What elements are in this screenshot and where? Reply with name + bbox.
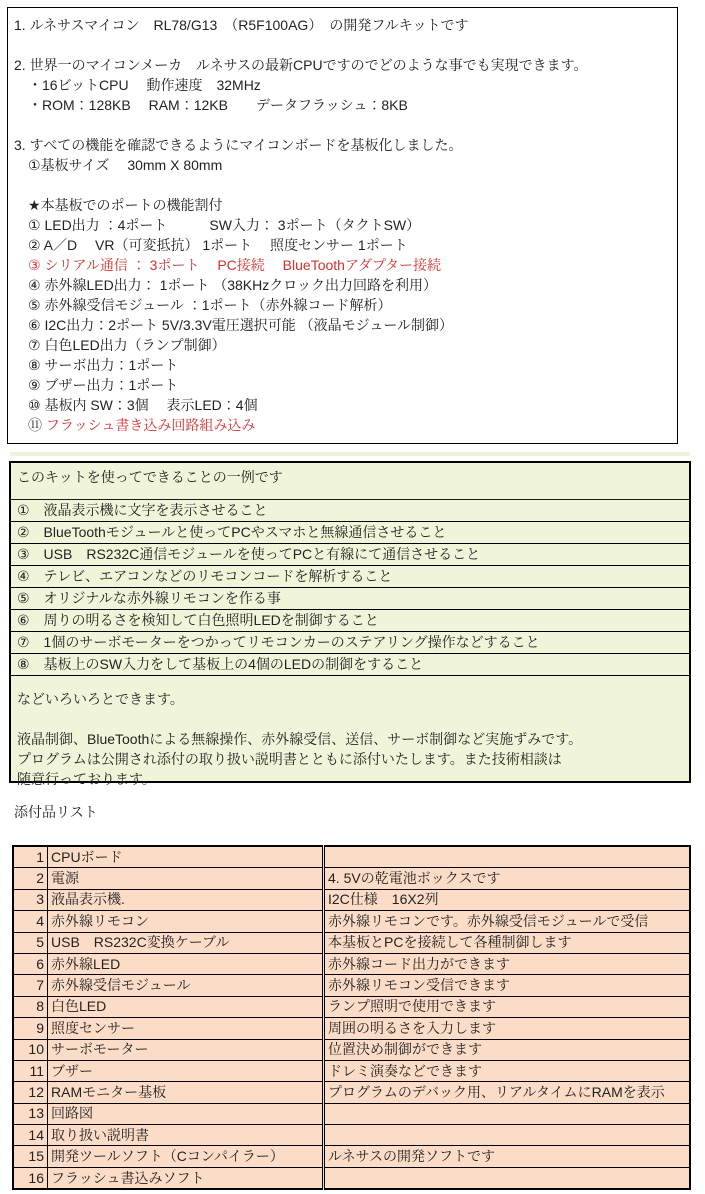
attachment-row: 9照度センサー周囲の明るさを入力します [13, 1018, 690, 1039]
overview-line-text: 1. ルネサスマイコン RL78/G13 （R5F100AG） の開発フルキット… [14, 17, 468, 33]
item-name: 照度センサー [48, 1018, 324, 1039]
overview-line: ④ 赤外線LED出力： 1ポート （38KHzクロック出力回路を利用） [14, 275, 671, 295]
overview-line-text: ・16ビットCPU 動作速度 32MHz [14, 77, 261, 93]
item-description: ドレミ演奏などできます [324, 1060, 691, 1081]
item-name: 回路図 [48, 1103, 324, 1124]
attachment-row: 15開発ツールソフト（Cコンパイラー）ルネサスの開発ソフトです [13, 1146, 690, 1167]
overview-line-text: ⑧ サーボ出力：1ポート [14, 357, 178, 373]
item-number: 5 [13, 932, 48, 953]
overview-line: ・ROM：128KB RAM：12KB データフラッシュ：8KB [14, 95, 671, 115]
overview-line: ⑤ 赤外線受信モジュール ：1ポート（赤外線コード解析） [14, 295, 671, 315]
attachment-row: 10サーボモーター位置決め制御ができます [13, 1039, 690, 1060]
item-number: 6 [13, 953, 48, 974]
overview-line-text: ⑥ I2C出力：2ポート 5V/3.3V電圧選択可能 （液晶モジュール制御） [14, 317, 453, 333]
overview-line-text: ⑩ 基板内 SW：3個 表示LED：4個 [14, 397, 258, 413]
item-number: 10 [13, 1039, 48, 1060]
footer-line: などいろいろとできます。 [17, 689, 683, 709]
item-number: 14 [13, 1125, 48, 1146]
item-number: 2 [13, 868, 48, 889]
item-description: 本基板とPCを接続して各種制御します [324, 932, 691, 953]
item-description [324, 1167, 691, 1189]
item-name: 開発ツールソフト（Cコンパイラー） [48, 1146, 324, 1167]
overview-line-text: ④ 赤外線LED出力： 1ポート （38KHzクロック出力回路を利用） [14, 277, 437, 293]
example-item: ① 液晶表示機に文字を表示させること [11, 500, 689, 522]
attachment-row: 4赤外線リモコン赤外線リモコンです。赤外線受信モジュールで受信 [13, 911, 690, 932]
attachment-row: 5USB RS232C変換ケーブル本基板とPCを接続して各種制御します [13, 932, 690, 953]
item-name: RAMモニター基板 [48, 1082, 324, 1103]
overview-line: ★本基板でのポートの機能割付 [14, 195, 671, 215]
item-name: 液晶表示機. [48, 889, 324, 910]
item-description: 位置決め制御ができます [324, 1039, 691, 1060]
item-name: 赤外線LED [48, 953, 324, 974]
item-name: 取り扱い説明書 [48, 1125, 324, 1146]
example-item: ③ USB RS232C通信モジュールを使ってPCと有線にて通信させること [11, 544, 689, 566]
item-description: I2C仕様 16X2列 [324, 889, 691, 910]
overview-line: ⑥ I2C出力：2ポート 5V/3.3V電圧選択可能 （液晶モジュール制御） [14, 315, 671, 335]
item-name: 赤外線リモコン [48, 911, 324, 932]
attachment-row: 1CPUボード [13, 846, 690, 868]
attachments-table-body: 1CPUボード2電源4. 5Vの乾電池ボックスです3液晶表示機.I2C仕様 16… [13, 846, 690, 1189]
usage-examples-list: ① 液晶表示機に文字を表示させること② BlueToothモジュールと使ってPC… [11, 500, 689, 676]
item-number: 8 [13, 996, 48, 1017]
example-item: ⑥ 周りの明るさを検知して白色照明LEDを制御すること [11, 610, 689, 632]
overview-line-text: ⑪ [14, 417, 46, 433]
overview-line-text: 2. 世界一のマイコンメーカ ルネサスの最新CPUですのでどのような事でも実現で… [14, 57, 587, 73]
usage-examples-title: このキットを使ってできることの一例です [11, 463, 689, 500]
item-description: 赤外線リモコン受信できます [324, 975, 691, 996]
overview-line [14, 35, 671, 55]
item-number: 16 [13, 1167, 48, 1189]
item-number: 11 [13, 1060, 48, 1081]
footer-line: 随意行っております。 [17, 769, 683, 789]
attachment-row: 7赤外線受信モジュール赤外線リモコン受信できます [13, 975, 690, 996]
example-item: ④ テレビ、エアコンなどのリモコンコードを解析すること [11, 566, 689, 588]
attachment-row: 8白色LEDランプ照明で使用できます [13, 996, 690, 1017]
attachment-row: 6赤外線LED赤外線コード出力ができます [13, 953, 690, 974]
usage-examples-footer: などいろいろとできます。 液晶制御、BlueToothによる無線操作、赤外線受信… [11, 676, 689, 789]
item-name: 白色LED [48, 996, 324, 1017]
item-description [324, 846, 691, 868]
attachment-row: 11ブザードレミ演奏などできます [13, 1060, 690, 1081]
attachment-row: 14取り扱い説明書 [13, 1125, 690, 1146]
overview-line: ⑪ フラッシュ書き込み回路組み込み [14, 415, 671, 435]
overview-line: 3. すべての機能を確認できるようにマイコンボードを基板化しました。 [14, 135, 671, 155]
overview-line-text: ★本基板でのポートの機能割付 [14, 197, 223, 213]
overview-line: ① LED出力 ：4ポート SW入力： 3ポート（タクトSW） [14, 215, 671, 235]
example-item: ⑧ 基板上のSW入力をして基板上の4個のLEDの制御をすること [11, 654, 689, 676]
item-name: USB RS232C変換ケーブル [48, 932, 324, 953]
overview-line: ③ シリアル通信 ： 3ポート PC接続 BlueToothアダプター接続 [14, 255, 671, 275]
item-description: 赤外線コード出力ができます [324, 953, 691, 974]
attachment-row: 3液晶表示機.I2C仕様 16X2列 [13, 889, 690, 910]
overview-line-text: 3. すべての機能を確認できるようにマイコンボードを基板化しました。 [14, 137, 462, 153]
footer-line: プログラムは公開され添付の取り扱い説明書とともに添付いたします。また技術相談は [17, 749, 683, 769]
item-description: ランプ照明で使用できます [324, 996, 691, 1017]
item-name: ブザー [48, 1060, 324, 1081]
item-name: フラッシュ書込みソフト [48, 1167, 324, 1189]
example-item: ② BlueToothモジュールと使ってPCやスマホと無線通信させること [11, 522, 689, 544]
overview-line: ⑨ ブザー出力：1ポート [14, 375, 671, 395]
usage-examples-box: このキットを使ってできることの一例です ① 液晶表示機に文字を表示させること② … [9, 461, 691, 783]
attachments-table: 1CPUボード2電源4. 5Vの乾電池ボックスです3液晶表示機.I2C仕様 16… [12, 845, 691, 1190]
overview-line: ⑦ 白色LED出力（ランプ制御） [14, 335, 671, 355]
overview-line [14, 115, 671, 135]
item-name: サーボモーター [48, 1039, 324, 1060]
item-description: 周囲の明るさを入力します [324, 1018, 691, 1039]
item-number: 9 [13, 1018, 48, 1039]
overview-line [14, 175, 671, 195]
item-number: 1 [13, 846, 48, 868]
overview-line: ⑧ サーボ出力：1ポート [14, 355, 671, 375]
item-number: 4 [13, 911, 48, 932]
overview-line: ①基板サイズ 30mm X 80mm [14, 155, 671, 175]
attachment-row: 12RAMモニター基板プログラムのデバック用、リアルタイムにRAMを表示 [13, 1082, 690, 1103]
item-name: CPUボード [48, 846, 324, 868]
item-name: 赤外線受信モジュール [48, 975, 324, 996]
attachments-list-title: 添付品リスト [14, 803, 98, 821]
example-item: ⑤ オリジナルな赤外線リモコンを作る事 [11, 588, 689, 610]
footer-line [17, 709, 683, 729]
footer-line: 液晶制御、BlueToothによる無線操作、赤外線受信、送信、サーボ制御など実施… [17, 729, 683, 749]
overview-line-text: ⑤ 赤外線受信モジュール ：1ポート（赤外線コード解析） [14, 297, 392, 313]
item-name: 電源 [48, 868, 324, 889]
overview-line-text: ② A／D VR（可変抵抗） 1ポート 照度センサー 1ポート [14, 237, 408, 253]
overview-line-text: フラッシュ書き込み回路組み込み [46, 417, 255, 433]
divider-strip [10, 452, 690, 456]
attachment-row: 2電源4. 5Vの乾電池ボックスです [13, 868, 690, 889]
item-description [324, 1125, 691, 1146]
item-description: プログラムのデバック用、リアルタイムにRAMを表示 [324, 1082, 691, 1103]
overview-line-text: ③ シリアル通信 ： 3ポート PC接続 BlueToothアダプター接続 [14, 257, 441, 273]
product-description-page: { "colors": { "red_text": "#d33030", "ex… [0, 0, 705, 1194]
kit-overview-box: 1. ルネサスマイコン RL78/G13 （R5F100AG） の開発フルキット… [7, 7, 678, 444]
item-number: 12 [13, 1082, 48, 1103]
item-number: 15 [13, 1146, 48, 1167]
overview-line-text: ・ROM：128KB RAM：12KB データフラッシュ：8KB [14, 97, 408, 113]
overview-line-text: ⑦ 白色LED出力（ランプ制御） [14, 337, 226, 353]
item-number: 7 [13, 975, 48, 996]
attachment-row: 13回路図 [13, 1103, 690, 1124]
overview-line: ・16ビットCPU 動作速度 32MHz [14, 75, 671, 95]
overview-line: 1. ルネサスマイコン RL78/G13 （R5F100AG） の開発フルキット… [14, 15, 671, 35]
item-number: 13 [13, 1103, 48, 1124]
item-number: 3 [13, 889, 48, 910]
overview-line: ② A／D VR（可変抵抗） 1ポート 照度センサー 1ポート [14, 235, 671, 255]
overview-line-text: ① LED出力 ：4ポート SW入力： 3ポート（タクトSW） [14, 217, 420, 233]
overview-line: ⑩ 基板内 SW：3個 表示LED：4個 [14, 395, 671, 415]
example-item: ⑦ 1個のサーボモーターをつかってリモコンカーのステアリング操作などすること [11, 632, 689, 654]
item-description: 赤外線リモコンです。赤外線受信モジュールで受信 [324, 911, 691, 932]
overview-line-text: ⑨ ブザー出力：1ポート [14, 377, 178, 393]
item-description [324, 1103, 691, 1124]
item-description: 4. 5Vの乾電池ボックスです [324, 868, 691, 889]
attachment-row: 16フラッシュ書込みソフト [13, 1167, 690, 1189]
overview-line: 2. 世界一のマイコンメーカ ルネサスの最新CPUですのでどのような事でも実現で… [14, 55, 671, 75]
item-description: ルネサスの開発ソフトです [324, 1146, 691, 1167]
overview-line-text: ①基板サイズ 30mm X 80mm [14, 157, 222, 173]
